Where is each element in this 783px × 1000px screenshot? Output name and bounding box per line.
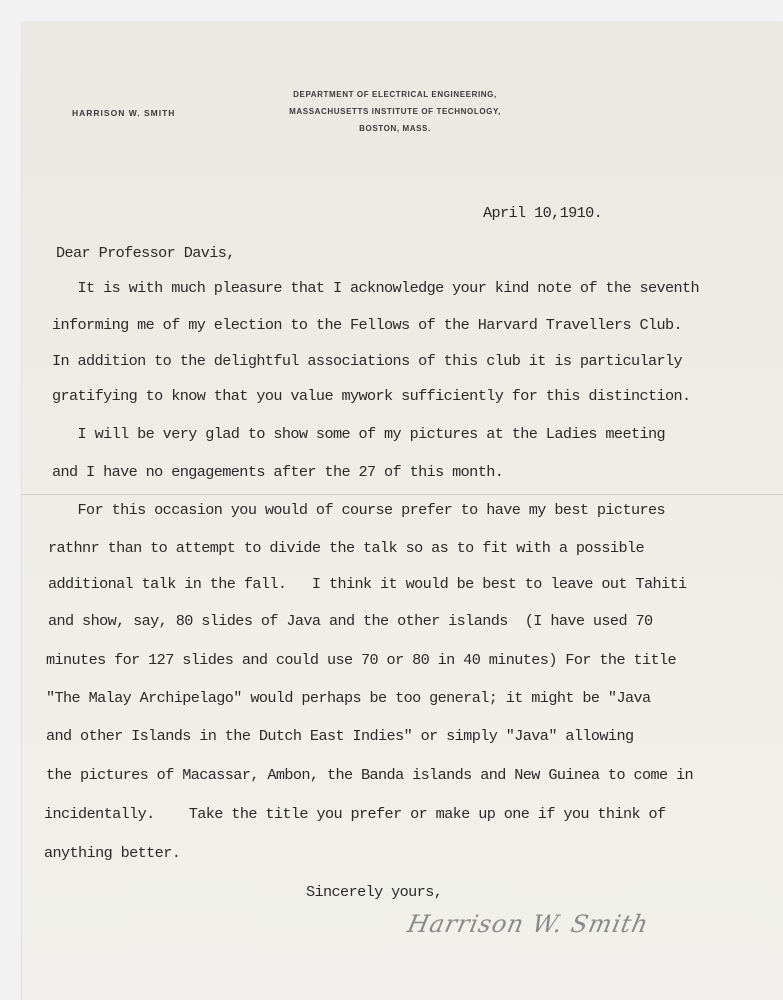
body-line: minutes for 127 slides and could use 70 …: [46, 651, 676, 669]
body-line: and other Islands in the Dutch East Indi…: [46, 727, 633, 745]
handwritten-signature: Harrison W. Smith: [405, 910, 651, 938]
letter-date: April 10,1910.: [483, 204, 602, 222]
body-line: gratifying to know that you value mywork…: [52, 387, 691, 405]
paper-fold-line: [22, 494, 783, 495]
letterhead-location: BOSTON, MASS.: [250, 120, 540, 137]
body-line: additional talk in the fall. I think it …: [48, 575, 687, 593]
body-line: It is with much pleasure that I acknowle…: [52, 279, 699, 297]
body-line: and I have no engagements after the 27 o…: [52, 463, 503, 481]
letterhead-sender-name: HARRISON W. SMITH: [72, 108, 175, 118]
letterhead-institution: MASSACHUSETTS INSTITUTE OF TECHNOLOGY,: [250, 103, 540, 120]
letterhead-department: DEPARTMENT OF ELECTRICAL ENGINEERING,: [250, 86, 540, 103]
body-line: In addition to the delightful associatio…: [52, 352, 682, 370]
letterhead-address: DEPARTMENT OF ELECTRICAL ENGINEERING, MA…: [250, 86, 540, 137]
body-line: and show, say, 80 slides of Java and the…: [48, 612, 653, 630]
body-line: anything better.: [44, 844, 180, 862]
salutation: Dear Professor Davis,: [56, 244, 235, 262]
body-line: For this occasion you would of course pr…: [52, 501, 665, 519]
body-line: the pictures of Macassar, Ambon, the Ban…: [46, 766, 693, 784]
body-line: I will be very glad to show some of my p…: [52, 425, 665, 443]
body-line: incidentally. Take the title you prefer …: [44, 805, 666, 823]
body-line: rathnr than to attempt to divide the tal…: [48, 539, 644, 557]
body-line: "The Malay Archipelago" would perhaps be…: [46, 689, 651, 707]
closing: Sincerely yours,: [306, 883, 442, 901]
body-line: informing me of my election to the Fello…: [52, 316, 682, 334]
